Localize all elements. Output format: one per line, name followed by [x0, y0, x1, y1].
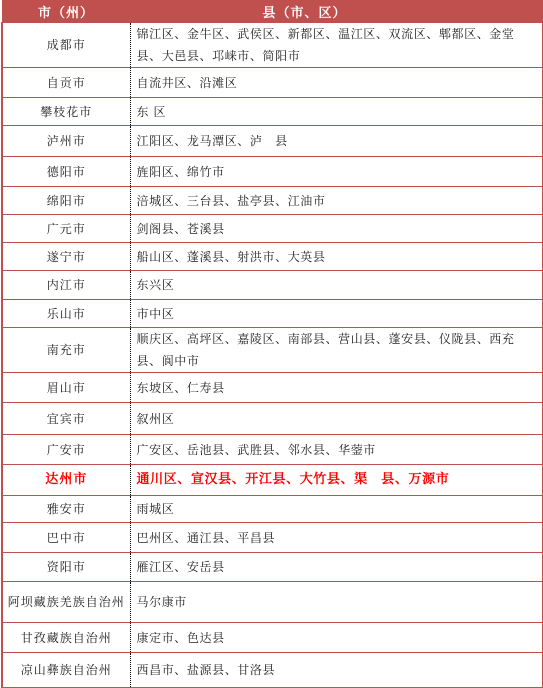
- city-cell: 雅安市: [2, 496, 130, 523]
- counties-cell: 旌阳区、绵竹市: [130, 157, 543, 187]
- table-row: 达州市通川区、宣汉县、开江县、大竹县、渠 县、万源市: [2, 465, 543, 496]
- table-header-row: 市（州） 县（市、区）: [2, 1, 543, 23]
- counties-cell: 江阳区、龙马潭区、泸 县: [130, 126, 543, 157]
- table-row: 资阳市雁江区、安岳县: [2, 553, 543, 582]
- city-cell: 凉山彝族自治州: [2, 653, 130, 688]
- city-cell: 泸州市: [2, 126, 130, 157]
- city-cell: 德阳市: [2, 157, 130, 187]
- city-cell: 甘孜藏族自治州: [2, 623, 130, 653]
- city-cell: 攀枝花市: [2, 98, 130, 126]
- table-body: 成都市锦江区、金牛区、武侯区、新都区、温江区、双流区、郫都区、金堂县、大邑县、邛…: [2, 23, 543, 688]
- counties-cell: 马尔康市: [130, 582, 543, 623]
- city-cell: 广安市: [2, 435, 130, 465]
- counties-cell: 东兴区: [130, 271, 543, 300]
- table-row: 甘孜藏族自治州康定市、色达县: [2, 623, 543, 653]
- counties-cell: 通川区、宣汉县、开江县、大竹县、渠 县、万源市: [130, 465, 543, 496]
- city-cell: 眉山市: [2, 373, 130, 403]
- table-row: 广元市剑阁县、苍溪县: [2, 215, 543, 243]
- counties-cell: 船山区、蓬溪县、射洪市、大英县: [130, 243, 543, 271]
- counties-cell: 锦江区、金牛区、武侯区、新都区、温江区、双流区、郫都区、金堂县、大邑县、邛崃市、…: [130, 23, 543, 68]
- city-cell: 宜宾市: [2, 403, 130, 435]
- table-row: 攀枝花市东 区: [2, 98, 543, 126]
- city-cell: 巴中市: [2, 523, 130, 553]
- counties-cell: 顺庆区、高坪区、嘉陵区、南部县、营山县、蓬安县、仪陇县、西充县、阆中市: [130, 328, 543, 373]
- table-row: 广安市广安区、岳池县、武胜县、邻水县、华蓥市: [2, 435, 543, 465]
- counties-cell: 康定市、色达县: [130, 623, 543, 653]
- city-cell: 绵阳市: [2, 187, 130, 215]
- table-row: 成都市锦江区、金牛区、武侯区、新都区、温江区、双流区、郫都区、金堂县、大邑县、邛…: [2, 23, 543, 68]
- counties-cell: 巴州区、通江县、平昌县: [130, 523, 543, 553]
- table-row: 乐山市市中区: [2, 300, 543, 328]
- table-row: 凉山彝族自治州西昌市、盐源县、甘洛县: [2, 653, 543, 688]
- table-row: 泸州市江阳区、龙马潭区、泸 县: [2, 126, 543, 157]
- city-cell: 达州市: [2, 465, 130, 496]
- header-city: 市（州）: [2, 1, 130, 23]
- city-cell: 成都市: [2, 23, 130, 68]
- counties-cell: 叙州区: [130, 403, 543, 435]
- city-cell: 阿坝藏族羌族自治州: [2, 582, 130, 623]
- city-cell: 自贡市: [2, 68, 130, 98]
- counties-cell: 广安区、岳池县、武胜县、邻水县、华蓥市: [130, 435, 543, 465]
- table-row: 绵阳市涪城区、三台县、盐亭县、江油市: [2, 187, 543, 215]
- table-row: 宜宾市叙州区: [2, 403, 543, 435]
- counties-cell: 涪城区、三台县、盐亭县、江油市: [130, 187, 543, 215]
- counties-cell: 西昌市、盐源县、甘洛县: [130, 653, 543, 688]
- table-row: 雅安市雨城区: [2, 496, 543, 523]
- counties-cell: 东 区: [130, 98, 543, 126]
- header-counties: 县（市、区）: [130, 1, 543, 23]
- table-row: 内江市东兴区: [2, 271, 543, 300]
- counties-cell: 雁江区、安岳县: [130, 553, 543, 582]
- table-row: 自贡市自流井区、沿滩区: [2, 68, 543, 98]
- city-cell: 南充市: [2, 328, 130, 373]
- counties-cell: 东坡区、仁寿县: [130, 373, 543, 403]
- counties-cell: 雨城区: [130, 496, 543, 523]
- city-cell: 内江市: [2, 271, 130, 300]
- counties-cell: 剑阁县、苍溪县: [130, 215, 543, 243]
- counties-cell: 市中区: [130, 300, 543, 328]
- city-cell: 广元市: [2, 215, 130, 243]
- table-row: 遂宁市船山区、蓬溪县、射洪市、大英县: [2, 243, 543, 271]
- table-row: 眉山市东坡区、仁寿县: [2, 373, 543, 403]
- city-cell: 遂宁市: [2, 243, 130, 271]
- city-cell: 乐山市: [2, 300, 130, 328]
- table-row: 南充市顺庆区、高坪区、嘉陵区、南部县、营山县、蓬安县、仪陇县、西充县、阆中市: [2, 328, 543, 373]
- city-cell: 资阳市: [2, 553, 130, 582]
- counties-cell: 自流井区、沿滩区: [130, 68, 543, 98]
- table-row: 阿坝藏族羌族自治州马尔康市: [2, 582, 543, 623]
- table-row: 巴中市巴州区、通江县、平昌县: [2, 523, 543, 553]
- table-row: 德阳市旌阳区、绵竹市: [2, 157, 543, 187]
- county-list-table: 市（州） 县（市、区） 成都市锦江区、金牛区、武侯区、新都区、温江区、双流区、郫…: [1, 0, 543, 687]
